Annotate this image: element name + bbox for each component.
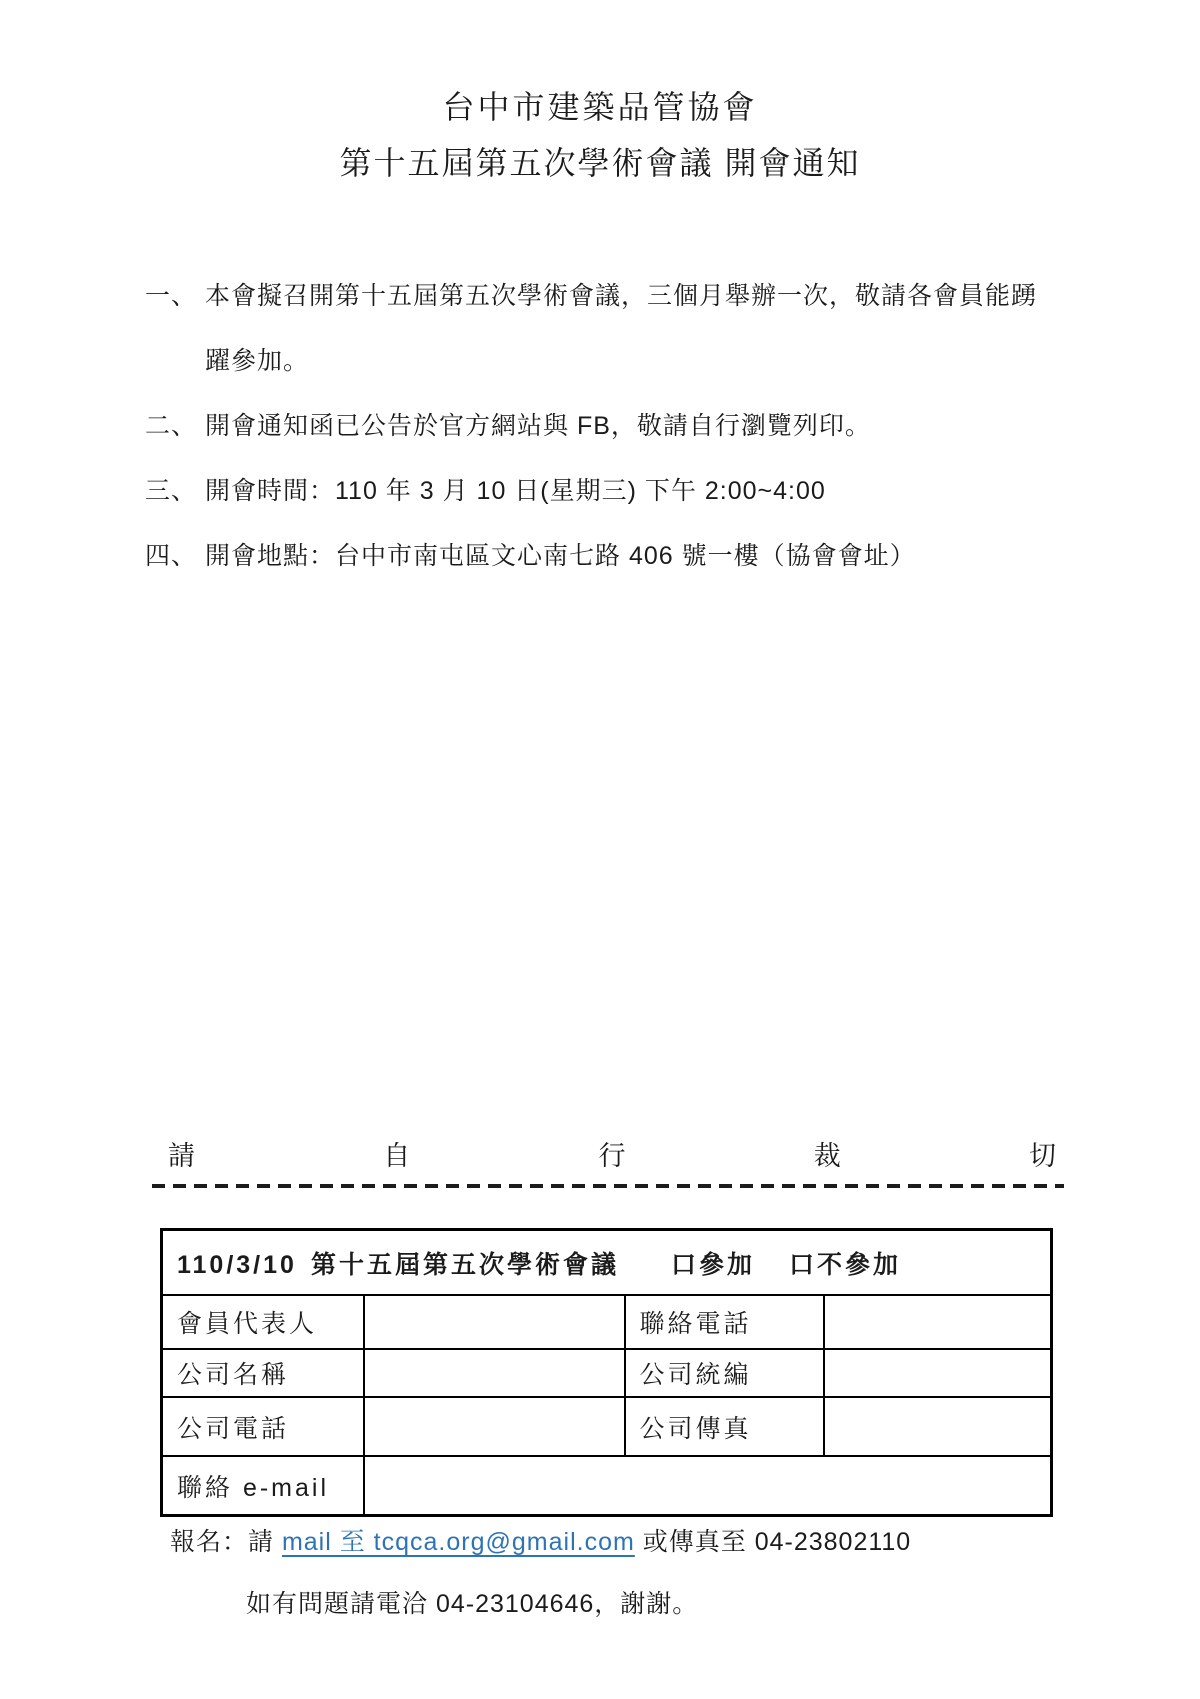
cut-char-2: 自	[383, 1134, 410, 1173]
decline-checkbox-option: 口不參加	[789, 1251, 901, 1279]
document-page: 台中市建築品管協會 第十五屆第五次學術會議 開會通知 一、 本會擬召開第十五屆第…	[0, 0, 1200, 1699]
notice-item-4: 四、 開會地點：台中市南屯區文心南七路 406 號一樓（協會會址）	[145, 524, 1050, 589]
contact-phone-label: 聯絡電話	[625, 1295, 824, 1349]
registration-prefix: 報名：請	[170, 1528, 282, 1556]
organization-title: 台中市建築品管協會	[0, 82, 1200, 128]
item-4-text: 開會地點：台中市南屯區文心南七路 406 號一樓（協會會址）	[205, 524, 1050, 589]
cut-char-5: 切	[1029, 1134, 1056, 1173]
company-phone-field	[364, 1397, 625, 1456]
item-2-marker: 二、	[145, 394, 205, 459]
item-4-marker: 四、	[145, 524, 205, 589]
item-3-marker: 三、	[145, 459, 205, 524]
registration-email-link[interactable]: mail 至 tcqca.org@gmail.com	[282, 1528, 635, 1556]
registration-footer: 報名：請 mail 至 tcqca.org@gmail.com 或傳真至 04-…	[170, 1522, 911, 1624]
company-tax-id-field	[824, 1349, 1052, 1397]
company-name-field	[364, 1349, 625, 1397]
company-fax-field	[824, 1397, 1052, 1456]
meeting-name: 第十五屆第五次學術會議	[311, 1251, 619, 1279]
cut-char-3: 行	[599, 1134, 626, 1173]
company-phone-label: 公司電話	[162, 1397, 364, 1456]
notice-item-1: 一、 本會擬召開第十五屆第五次學術會議，三個月舉辦一次，敬請各會員能踴躍參加。	[145, 264, 1050, 394]
notice-item-2: 二、 開會通知函已公告於官方網站與 FB，敬請自行瀏覽列印。	[145, 394, 1050, 459]
item-1-marker: 一、	[145, 264, 205, 329]
meeting-date: 110/3/10	[177, 1251, 297, 1279]
cut-char-4: 裁	[814, 1134, 841, 1173]
contact-email-label: 聯絡 e-mail	[162, 1456, 364, 1516]
notice-list: 一、 本會擬召開第十五屆第五次學術會議，三個月舉辦一次，敬請各會員能踴躍參加。 …	[145, 264, 1050, 589]
attend-checkbox-option: 口參加	[671, 1251, 755, 1279]
company-tax-id-label: 公司統編	[625, 1349, 824, 1397]
company-name-label: 公司名稱	[162, 1349, 364, 1397]
meeting-notice-title: 第十五屆第五次學術會議 開會通知	[0, 138, 1200, 184]
item-2-text: 開會通知函已公告於官方網站與 FB，敬請自行瀏覽列印。	[205, 394, 1050, 459]
reply-form-table: 110/3/10第十五屆第五次學術會議口參加口不參加 會員代表人 聯絡電話 公司…	[160, 1228, 1053, 1517]
contact-help-line: 如有問題請電洽 04-23104646，謝謝。	[246, 1584, 911, 1624]
item-1-text: 本會擬召開第十五屆第五次學術會議，三個月舉辦一次，敬請各會員能踴躍參加。	[205, 264, 1050, 394]
contact-email-field	[364, 1456, 1052, 1516]
cut-char-1: 請	[168, 1134, 195, 1173]
registration-suffix: 或傳真至 04-23802110	[635, 1528, 911, 1556]
notice-item-3: 三、 開會時間：110 年 3 月 10 日(星期三) 下午 2:00~4:00	[145, 459, 1050, 524]
cut-here-label: 請 自 行 裁 切	[168, 1134, 1056, 1173]
registration-instructions: 報名：請 mail 至 tcqca.org@gmail.com 或傳真至 04-…	[170, 1522, 911, 1562]
contact-phone-field	[824, 1295, 1052, 1349]
member-representative-label: 會員代表人	[162, 1295, 364, 1349]
company-fax-label: 公司傳真	[625, 1397, 824, 1456]
item-3-text: 開會時間：110 年 3 月 10 日(星期三) 下午 2:00~4:00	[205, 459, 1050, 524]
cut-dashed-line	[152, 1184, 1064, 1188]
member-representative-field	[364, 1295, 625, 1349]
reply-form-header: 110/3/10第十五屆第五次學術會議口參加口不參加	[162, 1230, 1052, 1296]
